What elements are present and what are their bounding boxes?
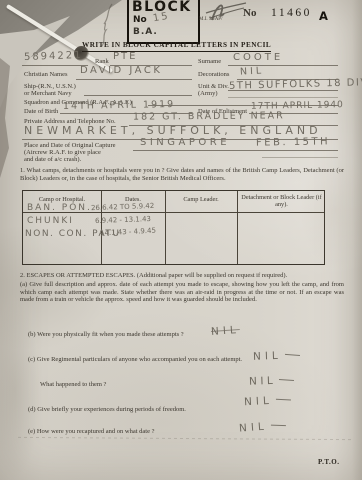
camp-row-2-name: CHUNKI [27, 216, 74, 226]
fold-crease-line [18, 437, 352, 440]
table-header-camp: Camp or Hospital. [23, 196, 101, 203]
service-number: 5894221 [24, 51, 83, 63]
answer-c2-nil: NIL [249, 375, 295, 387]
camp-table: Camp or Hospital. Dates. Camp Leader. De… [22, 190, 325, 265]
serial-no-value: 11460 [271, 10, 312, 18]
capture-date-value: FEB. 15TH [256, 137, 330, 148]
question-e-text: (e) How were you recaptured and on what … [28, 428, 155, 436]
answer-c-nil: NIL [253, 350, 300, 362]
block-no-label: No [133, 15, 147, 25]
table-column-divider [237, 191, 238, 264]
christian-names-label: Christian Names [24, 71, 68, 79]
birth-label: Date of Birth [24, 108, 58, 116]
block-ba-text: B.A. [133, 27, 158, 37]
rank-value: PTE [113, 52, 137, 62]
section-2-heading: 2. ESCAPES OR ATTEMPTED ESCAPES. (Additi… [20, 272, 344, 280]
question-d-text: (d) Give briefly your experiences during… [28, 406, 186, 414]
address-value-line2: NEWMARKET, SUFFOLK, ENGLAND [24, 126, 322, 136]
table-header-leader: Camp Leader. [165, 196, 237, 203]
question-c-text: (c) Give Regimental particulars of anyon… [28, 356, 242, 364]
field-line [228, 90, 338, 91]
birth-value: 14TH APRIL 1919 [63, 100, 175, 112]
christian-names-value: DAVID JACK [80, 66, 162, 76]
decorations-label: Decorations [198, 71, 229, 79]
field-line [22, 65, 88, 66]
answer-b-nil: NIL [211, 325, 240, 337]
pto-footer: P.T.O. [318, 459, 339, 467]
answer-d-nil: NIL [244, 395, 291, 407]
serial-no-label: No [243, 10, 256, 18]
form-ref: M.I. 9/JAP/ [199, 16, 222, 24]
field-line [133, 150, 338, 151]
question-c2-text: What happened to them ? [40, 381, 106, 389]
series-letter: A [319, 9, 328, 23]
surname-label: Surname [198, 58, 221, 66]
paper-stain [0, 300, 40, 480]
ship-label-line2: or Merchant Navy [24, 90, 72, 98]
section-2a-text: (a) Give full description and approx. da… [20, 281, 344, 304]
capture-label-line3: and date of a/c crash). [24, 156, 81, 164]
camp-row-1-name: BAN. PON. [27, 203, 92, 213]
decorations-value: NIL [240, 66, 265, 77]
capture-place-value: SINGAPORE [140, 138, 230, 148]
pow-liberation-questionnaire-scan: BLOCK No 15 B.A. M.I. 9/JAP/ No 11460 A … [0, 0, 362, 480]
field-line [76, 79, 192, 80]
surname-value: COOTE [233, 53, 283, 63]
field-line [84, 95, 192, 96]
camp-row-2-dates: 6.9.42 - 13.1.43 [95, 214, 151, 226]
question-1-text: 1. What camps, detachments or hospitals … [20, 167, 344, 182]
edge-shading-right [352, 0, 362, 480]
unit-label-line2: (Army) [198, 90, 218, 98]
instruction-heading: WRITE IN BLOCK CAPITAL LETTERS IN PENCIL [82, 42, 271, 52]
address-value-line1: 182 GT. BRADLEY NEAR [133, 111, 285, 122]
answer-e-nil: NIL [239, 420, 286, 433]
field-line [228, 97, 338, 98]
question-b-text: (b) Were you physically fit when you mad… [28, 331, 184, 339]
